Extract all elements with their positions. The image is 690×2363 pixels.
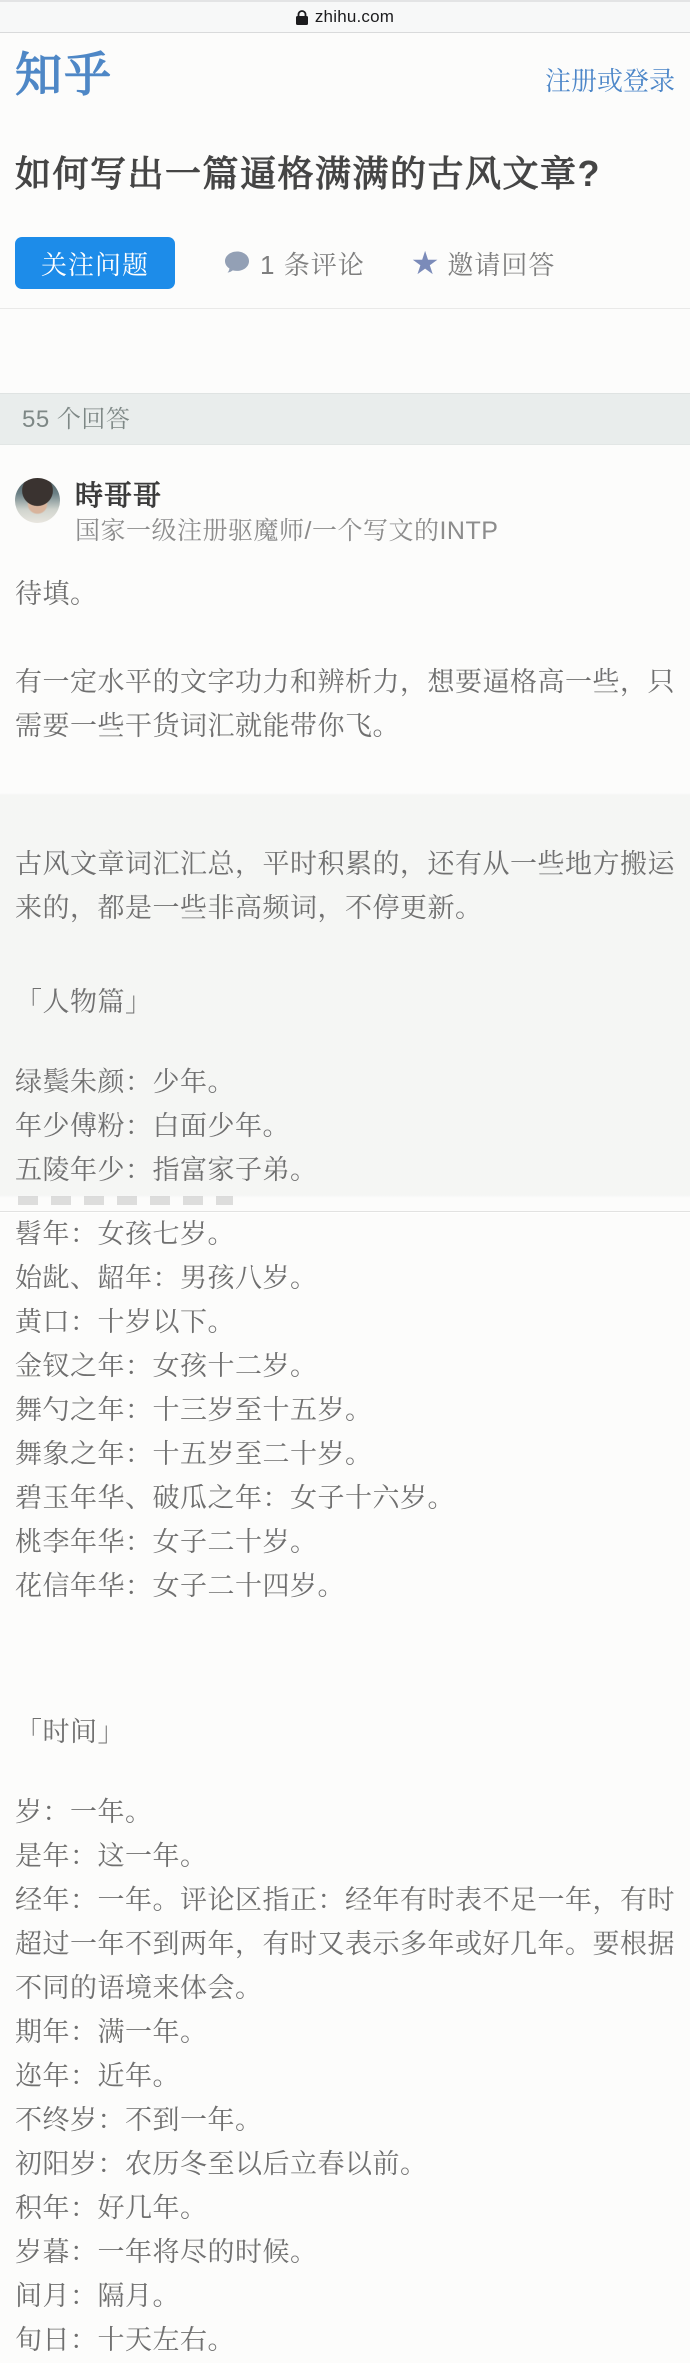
answer-paragraph: 花信年华：女子二十四岁。 bbox=[15, 1564, 675, 1608]
browser-address-bar[interactable]: zhihu.com bbox=[0, 0, 690, 33]
author-avatar[interactable] bbox=[15, 478, 60, 523]
url-text: zhihu.com bbox=[315, 7, 394, 27]
comment-bubble-icon bbox=[222, 248, 252, 278]
zhihu-question-page: 知乎 注册或登录 如何写出一篇逼格满满的古风文章? 关注问题 1 条评论 ★ 邀… bbox=[0, 33, 690, 2362]
answer-paragraph: 五陵年少：指富家子弟。 bbox=[15, 1148, 675, 1192]
answers-count-bar: 55 个回答 bbox=[0, 393, 690, 445]
question-title: 如何写出一篇逼格满满的古风文章? bbox=[15, 148, 675, 200]
comments-count-label: 1 条评论 bbox=[260, 245, 365, 282]
answer-paragraph: 髫年：女孩七岁。 bbox=[15, 1212, 675, 1256]
answer-paragraph: 古风文章词汇汇总，平时积累的，还有从一些地方搬运来的，都是一些非高频词，不停更新… bbox=[15, 842, 675, 930]
answer-paragraph: 「人物篇」 bbox=[15, 980, 675, 1024]
answer-paragraph: 初阳岁：农历冬至以后立春以前。 bbox=[15, 2142, 675, 2186]
answer-paragraph: 间月：隔月。 bbox=[15, 2274, 675, 2318]
answer-paragraph: 期年：满一年。 bbox=[15, 2010, 675, 2054]
section-divider bbox=[0, 308, 690, 309]
star-icon: ★ bbox=[411, 248, 440, 278]
answer-paragraph: 舞象之年：十五岁至二十岁。 bbox=[15, 1432, 675, 1476]
answer-paragraph: 「时间」 bbox=[15, 1710, 675, 1754]
answer-paragraph: 积年：好几年。 bbox=[15, 2186, 675, 2230]
answer-paragraph: 黄口：十岁以下。 bbox=[15, 1300, 675, 1344]
author-bio: 国家一级注册驱魔师/一个写文的INTP bbox=[75, 516, 498, 546]
answer-paragraph: 桃李年华：女子二十岁。 bbox=[15, 1520, 675, 1564]
invite-answer-button[interactable]: ★ 邀请回答 bbox=[411, 245, 556, 282]
answer-paragraph: 舞勺之年：十三岁至十五岁。 bbox=[15, 1388, 675, 1432]
answer-body: 待填。有一定水平的文字功力和辨析力，想要逼格高一些，只需要一些干货词汇就能带你飞… bbox=[15, 572, 675, 2362]
answer-paragraph: 绿鬓朱颜：少年。 bbox=[15, 1060, 675, 1104]
author-meta: 時哥哥 国家一级注册驱魔师/一个写文的INTP bbox=[75, 478, 498, 546]
answer-paragraph: 旬日：十天左右。 bbox=[15, 2318, 675, 2362]
question-action-row: 关注问题 1 条评论 ★ 邀请回答 bbox=[15, 237, 675, 289]
author-name[interactable]: 時哥哥 bbox=[75, 480, 498, 512]
comments-button[interactable]: 1 条评论 bbox=[222, 245, 365, 282]
site-header: 知乎 注册或登录 bbox=[0, 33, 690, 105]
answer-paragraph: 碧玉年华、破瓜之年：女子十六岁。 bbox=[15, 1476, 675, 1520]
answer-paragraph: 年少傅粉：白面少年。 bbox=[15, 1104, 675, 1148]
answer-author-row: 時哥哥 国家一级注册驱魔师/一个写文的INTP bbox=[15, 478, 675, 548]
lock-icon bbox=[296, 10, 308, 25]
answer-paragraph: 待填。 bbox=[15, 572, 675, 616]
answer-paragraph: 经年：一年。评论区指正：经年有时表不足一年，有时超过一年不到两年，有时又表示多年… bbox=[15, 1878, 675, 2010]
screenshot-stitch-seam bbox=[0, 1194, 690, 1212]
answer-paragraph: 迩年：近年。 bbox=[15, 2054, 675, 2098]
invite-answer-label: 邀请回答 bbox=[447, 245, 555, 282]
answer-paragraph: 有一定水平的文字功力和辨析力，想要逼格高一些，只需要一些干货词汇就能带你飞。 bbox=[15, 660, 675, 748]
zhihu-logo[interactable]: 知乎 bbox=[15, 45, 113, 105]
answer-paragraph: 始龀、龆年：男孩八岁。 bbox=[15, 1256, 675, 1300]
login-register-link[interactable]: 注册或登录 bbox=[545, 61, 675, 98]
answer-paragraph: 金钗之年：女孩十二岁。 bbox=[15, 1344, 675, 1388]
answer-paragraph: 是年：这一年。 bbox=[15, 1834, 675, 1878]
answer-paragraph: 不终岁：不到一年。 bbox=[15, 2098, 675, 2142]
answer-paragraph: 岁暮：一年将尽的时候。 bbox=[15, 2230, 675, 2274]
answer-paragraph: 岁：一年。 bbox=[15, 1790, 675, 1834]
follow-question-button[interactable]: 关注问题 bbox=[15, 237, 175, 289]
answer-card: 時哥哥 国家一级注册驱魔师/一个写文的INTP 待填。有一定水平的文字功力和辨析… bbox=[0, 445, 690, 2362]
